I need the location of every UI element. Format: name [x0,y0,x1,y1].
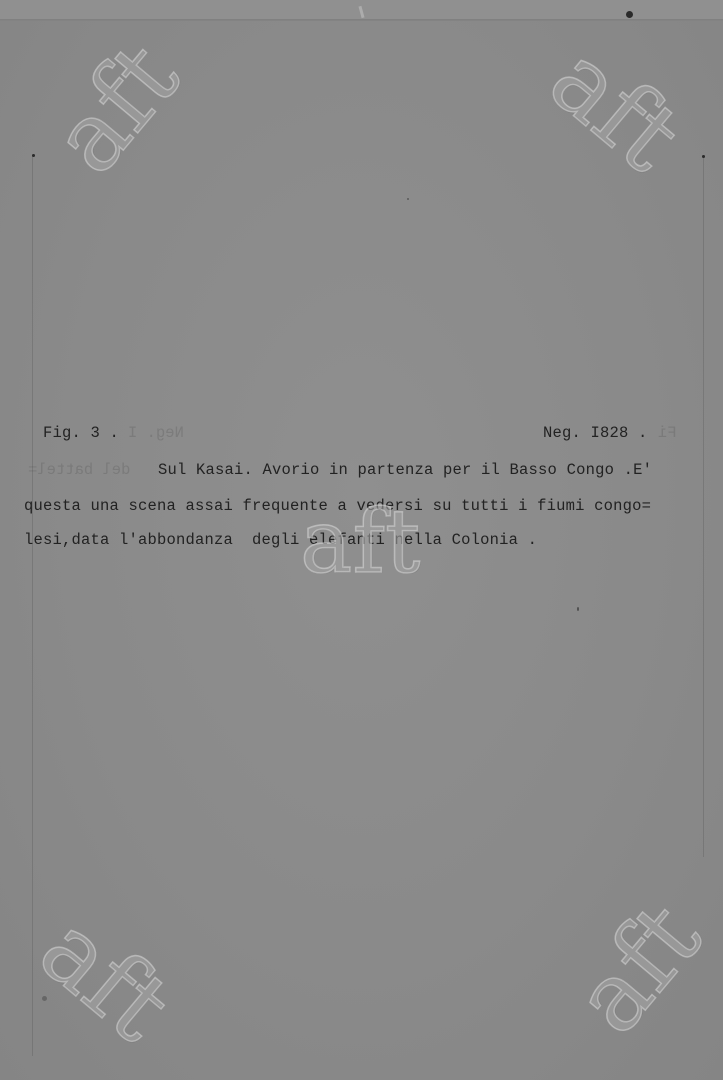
watermark-center: aft [300,498,420,586]
right-margin-line [703,157,704,857]
bleed-through-text: Neg. I [128,424,184,442]
ink-speck [32,154,35,157]
ink-speck [702,155,705,158]
ink-speck [577,607,579,611]
ink-speck [407,198,409,200]
ink-speck [626,11,633,18]
bleed-through-text: Fi [658,424,677,442]
left-margin-line [32,156,33,1056]
caption-line: lesi,data l'abbondanza degli elefanti ne… [24,531,537,549]
negative-number: Neg. I828 . [543,424,648,442]
caption-line: Sul Kasai. Avorio in partenza per il Bas… [158,461,652,479]
figure-label: Fig. 3 . [43,424,119,442]
bleed-through-text: del battel= [28,461,130,479]
